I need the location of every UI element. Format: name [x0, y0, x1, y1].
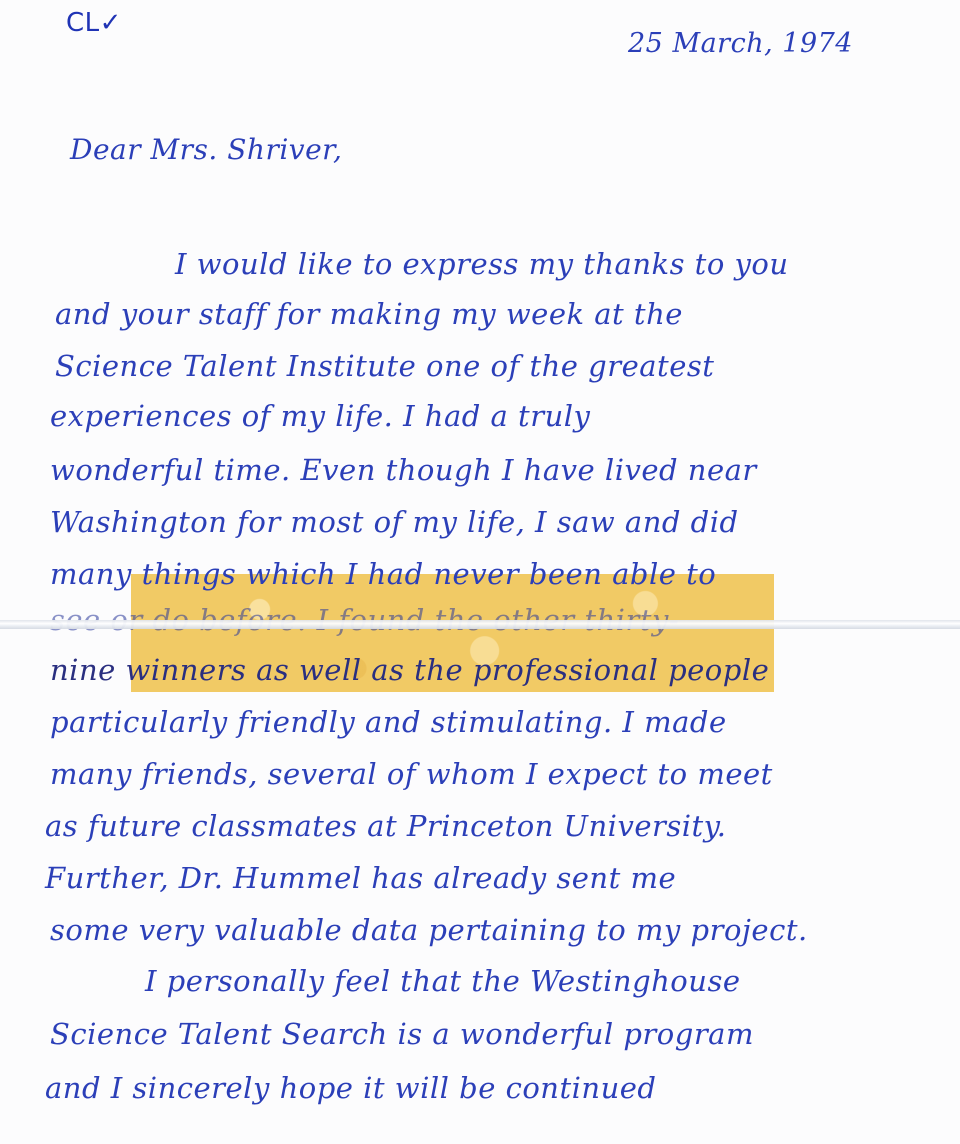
salutation: Dear Mrs. Shriver,: [70, 133, 342, 166]
letter-line: Science Talent Search is a wonderful pro…: [50, 1016, 754, 1052]
letter-line: experiences of my life. I had a truly: [50, 398, 590, 434]
letter-line: wonderful time. Even though I have lived…: [50, 452, 757, 488]
letter-line: many friends, several of whom I expect t…: [50, 756, 773, 792]
letter-line: Science Talent Institute one of the grea…: [55, 348, 714, 384]
letter-line: Washington for most of my life, I saw an…: [50, 504, 739, 540]
letter-line: as future classmates at Princeton Univer…: [45, 808, 726, 844]
letter-line: particularly friendly and stimulating. I…: [50, 704, 727, 740]
letter-line: and your staff for making my week at the: [55, 296, 683, 332]
corner-mark: CL✓: [66, 8, 122, 38]
letter-line: and I sincerely hope it will be continue…: [45, 1070, 657, 1106]
letter-page: CL✓ 25 March, 1974 Dear Mrs. Shriver, I …: [0, 0, 960, 1144]
letter-date: 25 March, 1974: [628, 28, 853, 59]
letter-line: Further, Dr. Hummel has already sent me: [45, 860, 676, 896]
letter-line: many things which I had never been able …: [50, 556, 716, 592]
fold-crease: [0, 620, 960, 629]
letter-line: I would like to express my thanks to you: [175, 246, 789, 282]
letter-line: nine winners as well as the professional…: [50, 652, 769, 688]
letter-line: some very valuable data pertaining to my…: [50, 912, 808, 948]
letter-line: I personally feel that the Westinghouse: [145, 963, 741, 999]
